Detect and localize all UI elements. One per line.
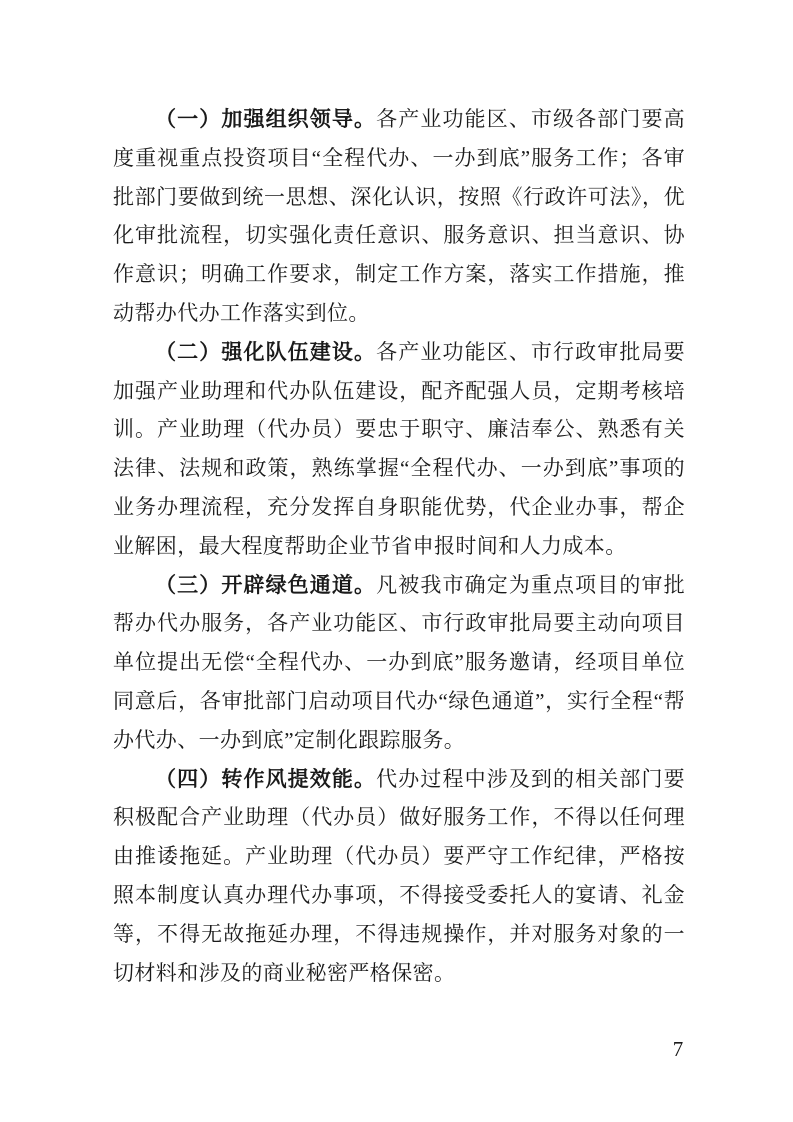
paragraph-3-heading: （三）开辟绿色通道。 [155, 573, 376, 597]
paragraph-2-heading: （二）强化队伍建设。 [155, 340, 376, 364]
page-number: 7 [666, 1037, 690, 1062]
paragraph-2-text: 各产业功能区、市行政审批局要加强产业助理和代办队伍建设，配齐配强人员，定期考核培… [113, 340, 685, 558]
paragraph-1: （一）加强组织领导。各产业功能区、市级各部门要高度重视重点投资项目“全程代办、一… [113, 100, 685, 333]
document-body: （一）加强组织领导。各产业功能区、市级各部门要高度重视重点投资项目“全程代办、一… [113, 100, 685, 992]
paragraph-3: （三）开辟绿色通道。凡被我市确定为重点项目的审批帮办代办服务，各产业功能区、市行… [113, 566, 685, 760]
paragraph-1-text: 各产业功能区、市级各部门要高度重视重点投资项目“全程代办、一办到底”服务工作；各… [113, 107, 685, 325]
paragraph-3-text: 凡被我市确定为重点项目的审批帮办代办服务，各产业功能区、市行政审批局要主动向项目… [113, 573, 685, 752]
document-page: （一）加强组织领导。各产业功能区、市级各部门要高度重视重点投资项目“全程代办、一… [0, 0, 793, 1122]
paragraph-4-text: 代办过程中涉及到的相关部门要积极配合产业助理（代办员）做好服务工作，不得以任何理… [113, 767, 685, 985]
paragraph-4: （四）转作风提效能。代办过程中涉及到的相关部门要积极配合产业助理（代办员）做好服… [113, 760, 685, 993]
paragraph-1-heading: （一）加强组织领导。 [155, 107, 376, 131]
paragraph-4-heading: （四）转作风提效能。 [155, 767, 376, 791]
paragraph-2: （二）强化队伍建设。各产业功能区、市行政审批局要加强产业助理和代办队伍建设，配齐… [113, 333, 685, 566]
